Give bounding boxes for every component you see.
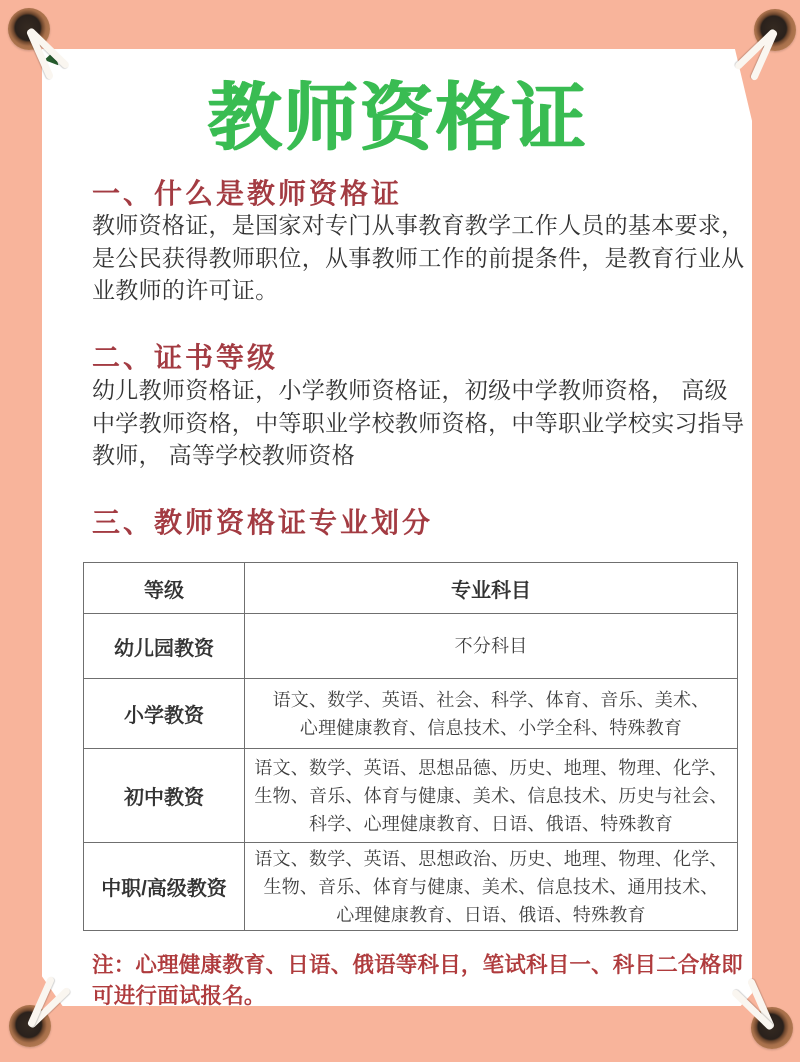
section-1-body: 教师资格证，是国家对专门从事教育教学工作人员的基本要求， 是公民获得教师职位，从… xyxy=(92,209,754,307)
poster-page: 教师资格证 一、什么是教师资格证 教师资格证，是国家对专门从事教育教学工作人员的… xyxy=(0,0,800,1062)
table-cell-subjects: 语文、数学、英语、思想政治、历史、地理、物理、化学、 生物、音乐、体育与健康、美… xyxy=(245,843,738,931)
section-2-heading: 二、证书等级 xyxy=(92,336,278,376)
table-cell-subjects: 不分科目 xyxy=(245,614,738,679)
table-row: 初中教资 语文、数学、英语、思想品德、历史、地理、物理、化学、 生物、音乐、体育… xyxy=(84,749,738,843)
pinned-paper: 教师资格证 一、什么是教师资格证 教师资格证，是国家对专门从事教育教学工作人员的… xyxy=(42,49,752,1006)
table-row: 中职/高级教资 语文、数学、英语、思想政治、历史、地理、物理、化学、 生物、音乐… xyxy=(84,843,738,931)
footnote: 注：心理健康教育、日语、俄语等科目，笔试科目一、科目二合格即 可进行面试报名。 xyxy=(92,950,764,1012)
table-cell-level: 幼儿园教资 xyxy=(84,614,245,679)
table-cell-subjects: 语文、数学、英语、思想品德、历史、地理、物理、化学、 生物、音乐、体育与健康、美… xyxy=(245,749,738,843)
table-row: 幼儿园教资 不分科目 xyxy=(84,614,738,679)
table-cell-level: 中职/高级教资 xyxy=(84,843,245,931)
table-cell-level: 初中教资 xyxy=(84,749,245,843)
section-3-heading: 三、教师资格证专业划分 xyxy=(92,501,433,541)
table-row: 小学教资 语文、数学、英语、社会、科学、体育、音乐、美术、 心理健康教育、信息技… xyxy=(84,679,738,749)
table-header-level: 等级 xyxy=(84,563,245,614)
table-header-subjects: 专业科目 xyxy=(245,563,738,614)
subjects-table: 等级 专业科目 幼儿园教资 不分科目 小学教资 语文、数学、英语、社会、科学、体… xyxy=(83,562,738,931)
section-2-body: 幼儿教师资格证，小学教师资格证，初级中学教师资格， 高级 中学教师资格，中等职业… xyxy=(92,374,754,472)
table-cell-subjects: 语文、数学、英语、社会、科学、体育、音乐、美术、 心理健康教育、信息技术、小学全… xyxy=(245,679,738,749)
section-1-heading: 一、什么是教师资格证 xyxy=(92,172,402,212)
subjects-table-grid: 等级 专业科目 幼儿园教资 不分科目 小学教资 语文、数学、英语、社会、科学、体… xyxy=(83,562,738,931)
poster-title: 教师资格证 xyxy=(42,59,752,165)
table-cell-level: 小学教资 xyxy=(84,679,245,749)
table-header-row: 等级 专业科目 xyxy=(84,563,738,614)
